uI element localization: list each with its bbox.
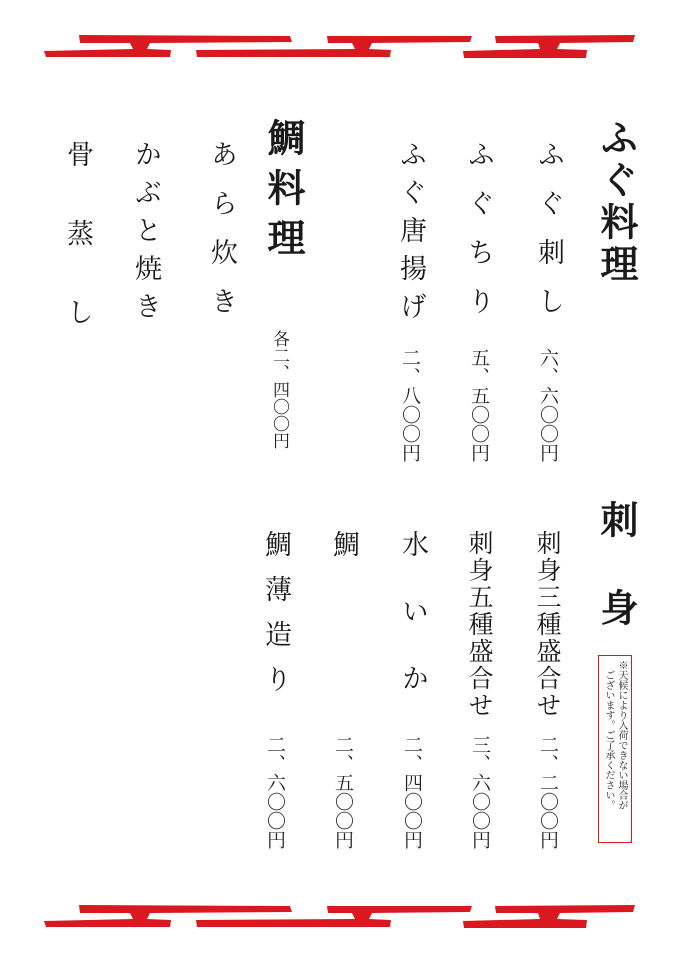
menu-item-ara-daki: あら炊き [208, 140, 235, 336]
top-red-border [0, 30, 680, 60]
tai-section-title: 鯛料理 [264, 118, 302, 268]
menu-item-fugu-karaage: ふぐ唐揚げ [397, 140, 424, 330]
tai-price-each: 各二、四〇〇円 [270, 330, 287, 449]
bottom-red-border [0, 900, 680, 930]
menu-item-hone-mushi: 骨蒸し [64, 140, 91, 377]
price-tai: 二、五〇〇円 [333, 735, 352, 849]
menu-item-fugu-chiri: ふぐちり [465, 140, 492, 336]
sashimi-section-title: 刺身 [597, 500, 635, 676]
menu-item-kabuto-yaki: かぶと焼き [132, 140, 159, 330]
menu-item-fugu-sashimi: ふぐ刺し [535, 140, 562, 336]
menu-item-tai: 鯛 [330, 530, 357, 557]
price-sashimi-5: 三、六〇〇円 [470, 735, 489, 849]
menu-item-tai-usuzukuri: 鯛薄造り [262, 530, 289, 710]
availability-note-box: ※天候により入荷できない場合が ございます。ご了承ください。 [598, 655, 632, 843]
fugu-section-title: ふぐ料理 [597, 118, 635, 286]
price-mizu-ika: 二、四〇〇円 [402, 735, 421, 849]
price-tai-usuzukuri: 二、六〇〇円 [265, 735, 284, 849]
price-fugu-karaage: 二、八〇〇円 [400, 348, 419, 462]
menu-item-sashimi-5: 刺身五種盛合せ [467, 530, 492, 719]
menu-item-mizu-ika: 水いか [399, 530, 426, 731]
price-fugu-chiri: 五、五〇〇円 [469, 348, 488, 462]
price-fugu-sashimi: 六、六〇〇円 [538, 348, 557, 462]
availability-note-line-2: ございます。ご了承ください。 [602, 660, 615, 838]
price-sashimi-3: 二、二〇〇円 [538, 735, 557, 849]
menu-item-sashimi-3: 刺身三種盛合せ [535, 530, 560, 719]
availability-note-line-1: ※天候により入荷できない場合が [615, 660, 628, 838]
